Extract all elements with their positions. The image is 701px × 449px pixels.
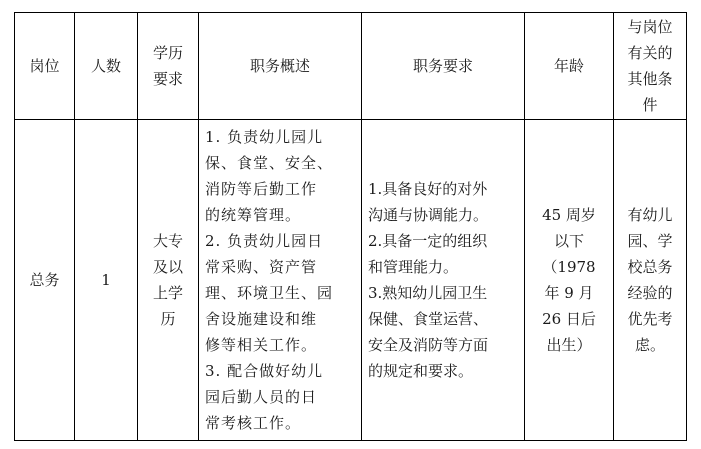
count-text: 1 — [101, 271, 111, 289]
duties-line: 保、食堂、安全、 — [205, 150, 361, 176]
header-position: 岗位 — [15, 13, 75, 120]
cell-count: 1 — [75, 120, 138, 441]
cell-education: 大专 及以 上学 历 — [138, 120, 199, 441]
header-text: 有关的 — [614, 40, 686, 66]
cell-age: 45 周岁 以下 （1978 年 9 月 26 日后 出生） — [525, 120, 614, 441]
requirements-line: 3.熟知幼儿园卫生 — [368, 280, 524, 306]
other-line: 虑。 — [614, 332, 686, 358]
age-line: 年 9 月 — [525, 280, 613, 306]
education-line: 及以 — [138, 254, 198, 280]
duties-line: 理、环境卫生、园 — [205, 280, 361, 306]
header-row: 岗位 人数 学历 要求 职务概述 职务要求 年龄 与岗位 有关的 其他条 件 — [15, 13, 687, 120]
header-text: 职务要求 — [362, 53, 524, 79]
age-line: 26 日后 — [525, 306, 613, 332]
other-line: 优先考 — [614, 306, 686, 332]
header-age: 年龄 — [525, 13, 614, 120]
other-line: 校总务 — [614, 254, 686, 280]
age-line: 以下 — [525, 228, 613, 254]
education-line: 大专 — [138, 228, 198, 254]
duties-line: 2. 负责幼儿园日 — [205, 228, 361, 254]
table-row: 总务 1 大专 及以 上学 历 1. 负责幼儿园儿 保、食堂、安全、 消防等后勤… — [15, 120, 687, 441]
duties-line: 常采购、资产管 — [205, 254, 361, 280]
age-line: （1978 — [525, 254, 613, 280]
header-text: 件 — [614, 92, 686, 118]
header-text: 其他条 — [614, 66, 686, 92]
header-duties: 职务概述 — [199, 13, 362, 120]
age-line: 45 周岁 — [525, 202, 613, 228]
requirements-line: 2.具备一定的组织 — [368, 228, 524, 254]
age-line: 出生） — [525, 332, 613, 358]
duties-line: 的统筹管理。 — [205, 202, 361, 228]
header-text: 要求 — [138, 66, 198, 92]
header-text: 学历 — [138, 40, 198, 66]
cell-position: 总务 — [15, 120, 75, 441]
header-other-conditions: 与岗位 有关的 其他条 件 — [614, 13, 687, 120]
requirements-line: 保健、食堂运营、 — [368, 306, 524, 332]
education-line: 历 — [138, 306, 198, 332]
header-text: 人数 — [75, 53, 137, 79]
header-text: 职务概述 — [199, 53, 361, 79]
header-text: 与岗位 — [614, 14, 686, 40]
requirements-line: 的规定和要求。 — [368, 358, 524, 384]
education-line: 上学 — [138, 280, 198, 306]
duties-line: 常考核工作。 — [205, 410, 361, 436]
other-line: 园、学 — [614, 228, 686, 254]
duties-line: 消防等后勤工作 — [205, 176, 361, 202]
header-requirements: 职务要求 — [362, 13, 525, 120]
duties-line: 园后勤人员的日 — [205, 384, 361, 410]
cell-duties: 1. 负责幼儿园儿 保、食堂、安全、 消防等后勤工作 的统筹管理。 2. 负责幼… — [199, 120, 362, 441]
header-count: 人数 — [75, 13, 138, 120]
requirements-line: 1.具备良好的对外 — [368, 176, 524, 202]
cell-other-conditions: 有幼儿 园、学 校总务 经验的 优先考 虑。 — [614, 120, 687, 441]
requirements-line: 安全及消防等方面 — [368, 332, 524, 358]
duties-line: 3. 配合做好幼儿 — [205, 358, 361, 384]
duties-line: 1. 负责幼儿园儿 — [205, 124, 361, 150]
header-education: 学历 要求 — [138, 13, 199, 120]
other-line: 有幼儿 — [614, 202, 686, 228]
header-text: 岗位 — [15, 53, 74, 79]
duties-line: 舍设施建设和维 — [205, 306, 361, 332]
requirements-line: 和管理能力。 — [368, 254, 524, 280]
requirements-line: 沟通与协调能力。 — [368, 202, 524, 228]
header-text: 年龄 — [525, 53, 613, 79]
duties-line: 修等相关工作。 — [205, 332, 361, 358]
position-text: 总务 — [29, 271, 59, 289]
cell-requirements: 1.具备良好的对外 沟通与协调能力。 2.具备一定的组织 和管理能力。 3.熟知… — [362, 120, 525, 441]
recruitment-table: 岗位 人数 学历 要求 职务概述 职务要求 年龄 与岗位 有关的 其他条 件 总… — [14, 12, 687, 441]
other-line: 经验的 — [614, 280, 686, 306]
